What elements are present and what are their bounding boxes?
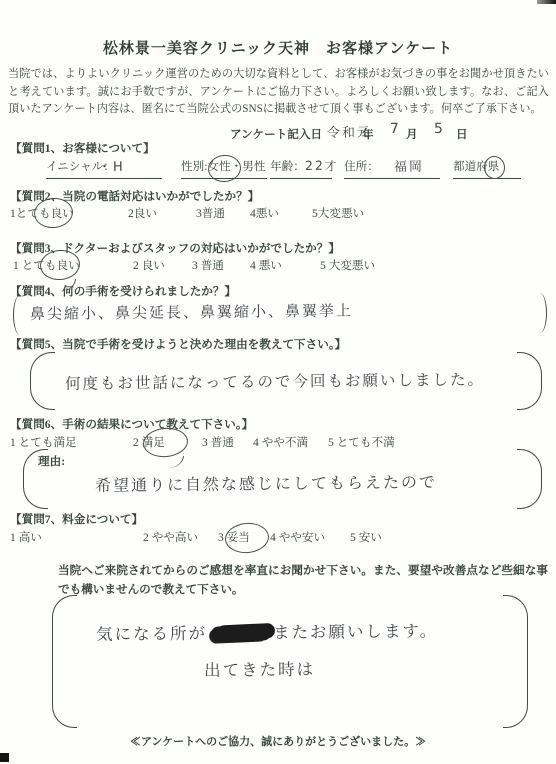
q5-answer-box: 何度もお世話になってるので今回もお願いしました。	[30, 352, 542, 410]
q6-reason-handwriting: 希望通りに自然な感じにしてもらえたので	[95, 469, 437, 496]
date-month-value: 7	[390, 121, 401, 137]
q3-option-3: 3 普通	[192, 257, 224, 273]
q1-age-unit: 才	[325, 160, 337, 173]
date-label: アンケート記入日	[230, 126, 322, 142]
intro-paragraph: 当院では、よりよいクリニック運営のための大切な資料として、お客様がお気づきの事を…	[8, 66, 549, 119]
q1-heading: 【質問1、お客様について】	[10, 140, 155, 156]
feedback-prompt: 当院へご来院されてからのご感想を率直にお聞かせ下さい。また、要望や改善点など些細…	[58, 561, 548, 599]
feedback-line1-after: またお願いします。	[273, 621, 438, 642]
q6-box-right-bracket	[517, 449, 542, 509]
scan-artifact-bottom-left	[0, 753, 9, 762]
q4-heading: 【質問4、何の手術を受けられましたか？】	[10, 283, 236, 299]
q3-option-4: 4 悪い	[250, 257, 282, 273]
q2-option-4: 4悪い	[250, 205, 279, 221]
q2-option-3: 3普通	[196, 205, 225, 221]
q6-reason-box: 理由: 希望通りに自然な感じにしてもらえたので	[23, 449, 542, 509]
q6-reason-label: 理由:	[38, 453, 65, 469]
q6-heading: 【質問6、手術の結果について教えて下さい。】	[10, 416, 253, 432]
redacted-scribble	[211, 624, 270, 642]
q5-heading: 【質問5、当院で手術を受けようと決めた理由を教えて下さい。】	[10, 336, 346, 352]
q5-answer-handwriting: 何度もお世話になってるので今回もお願いしました。	[65, 368, 485, 394]
feedback-answer-box: 気になる所がまたお願いします。 出てきた時は	[52, 595, 528, 728]
feedback-box-left-bracket	[52, 595, 77, 728]
feedback-line1-before: 気になる所が	[96, 624, 207, 644]
q3-options: 1 とても良い 2 良い 3 普通 4 悪い 5 大変悪い	[0, 257, 556, 275]
q3-option-2: 2 良い	[133, 257, 165, 273]
page-title: 松林景一美容クリニック天神 お客様アンケート	[0, 37, 556, 58]
date-month-unit: 月	[406, 126, 418, 142]
q3-option-5: 5 大変悪い	[320, 257, 375, 273]
q4-open-paren-mark	[13, 295, 27, 335]
q7-selected-circle-annotation	[224, 521, 270, 555]
q2-option-2: 2良い	[128, 205, 157, 221]
q6-option-3: 3 普通	[202, 434, 234, 450]
scan-artifact-top-right	[537, 0, 556, 4]
q1-age-value: 22	[305, 158, 325, 173]
q6-option-5: 5 とても不満	[328, 434, 395, 450]
feedback-line2-handwriting: 出てきた時は	[204, 656, 315, 681]
q7-option-2: 2 やや高い	[143, 529, 198, 545]
feedback-box-right-bracket	[503, 595, 528, 728]
q4-answer-handwriting: 鼻尖縮小、鼻尖延長、鼻翼縮小、鼻翼挙上	[30, 300, 353, 324]
q1-age-field: 年齢：22才	[270, 158, 332, 179]
survey-scan-page: 松林景一美容クリニック天神 お客様アンケート 当院では、よりよいクリニック運営の…	[0, 0, 556, 764]
q1-initial-value: ・H	[98, 156, 125, 175]
q7-options: 1 高い 2 やや高い 3 妥当 4 やや安い 5 安い	[0, 529, 556, 547]
q2-option-5: 5大変悪い	[312, 205, 364, 221]
q7-option-4: 4 やや安い	[270, 529, 325, 545]
q1-gender-male: 男性	[242, 160, 265, 173]
q2-options: 1とても良い 2良い 3普通 4悪い 5大変悪い	[0, 205, 556, 223]
q5-box-left-bracket	[30, 352, 55, 410]
q1-address-value: 福岡	[394, 156, 424, 175]
q1-address-label: 住所：	[344, 160, 379, 173]
q4-close-paren-mark	[533, 293, 547, 333]
q7-option-5: 5 安い	[350, 529, 382, 545]
q1-gender-label: 性別:	[181, 160, 207, 173]
feedback-line1-handwriting: 気になる所がまたお願いします。	[96, 617, 438, 645]
date-year-unit: 年	[362, 126, 374, 142]
q1-initial-field: イニシャル： ・H	[46, 158, 162, 179]
q1-address-field: 住所： 福岡	[344, 158, 440, 179]
q7-heading: 【質問7、料金について】	[10, 511, 143, 527]
q6-option-1: 1 とても満足	[10, 434, 77, 450]
q5-box-right-bracket	[517, 352, 542, 410]
date-day-value: 5	[434, 121, 445, 137]
q7-option-1: 1 高い	[10, 529, 42, 545]
q1-address-suffix-prefix: 都道府	[453, 160, 488, 173]
date-day-unit: 日	[456, 126, 468, 142]
thank-you-footer: ≪アンケートへのご協力、誠にありがとうございました。≫	[0, 733, 556, 749]
q6-option-4: 4 やや不満	[253, 434, 308, 450]
q1-age-label: 年齢：	[270, 160, 305, 173]
